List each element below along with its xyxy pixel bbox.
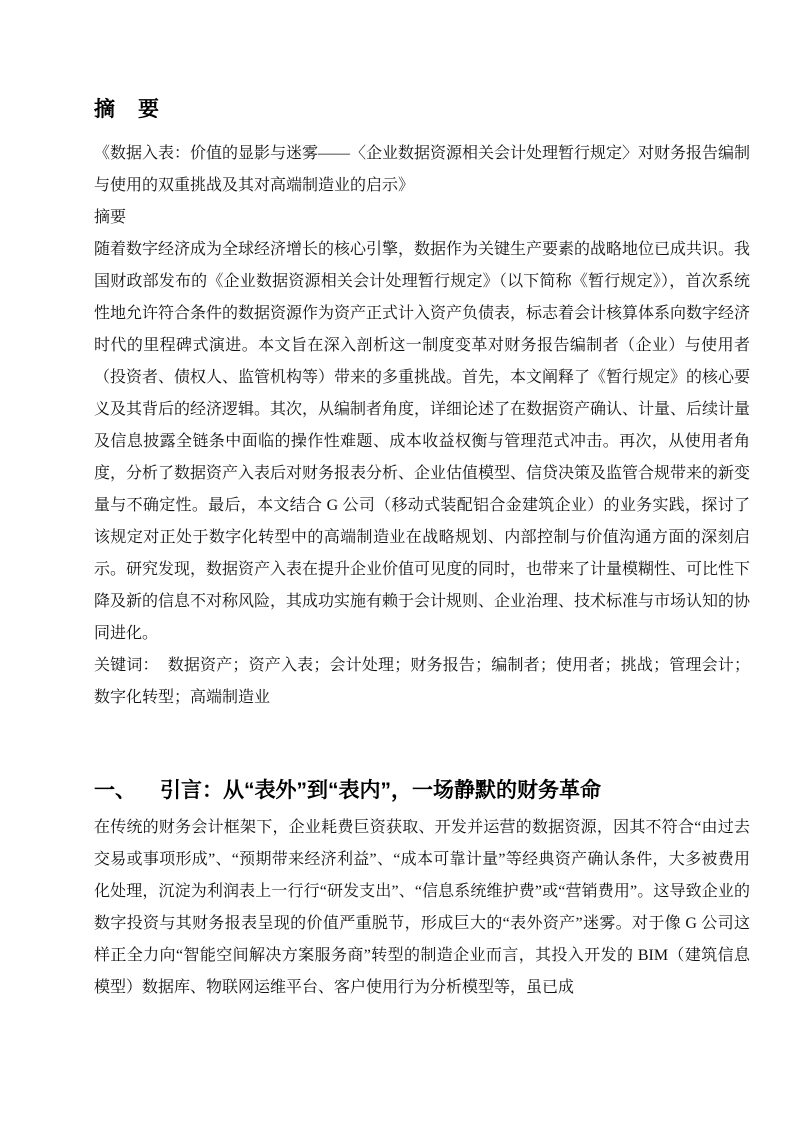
- section-paragraph: 在传统的财务会计框架下，企业耗费巨资获取、开发并运营的数据资源，因其不符合“由过…: [94, 812, 750, 1004]
- section-heading: 一、引言：从“表外”到“表内”，一场静默的财务革命: [94, 776, 601, 806]
- keywords-text: 数据资产；资产入表；会计处理；财务报告；编制者；使用者；挑战；管理会计；数字化转…: [94, 657, 750, 706]
- abstract-label: 摘要: [94, 202, 750, 234]
- keywords-label: 关键词：: [94, 657, 159, 674]
- section-title: 引言：从“表外”到“表内”，一场静默的财务革命: [160, 779, 601, 802]
- section-number: 一、: [94, 776, 160, 806]
- paper-title: 《数据入表：价值的显影与迷雾——〈企业数据资源相关会计处理暂行规定〉对财务报告编…: [94, 138, 750, 202]
- abstract-block: 《数据入表：价值的显影与迷雾——〈企业数据资源相关会计处理暂行规定〉对财务报告编…: [94, 138, 750, 714]
- abstract-heading: 摘 要: [94, 96, 160, 124]
- keywords-line: 关键词：数据资产；资产入表；会计处理；财务报告；编制者；使用者；挑战；管理会计；…: [94, 650, 750, 714]
- abstract-body: 随着数字经济成为全球经济增长的核心引擎，数据作为关键生产要素的战略地位已成共识。…: [94, 234, 750, 650]
- document-page: 摘 要 《数据入表：价值的显影与迷雾——〈企业数据资源相关会计处理暂行规定〉对财…: [0, 0, 793, 1122]
